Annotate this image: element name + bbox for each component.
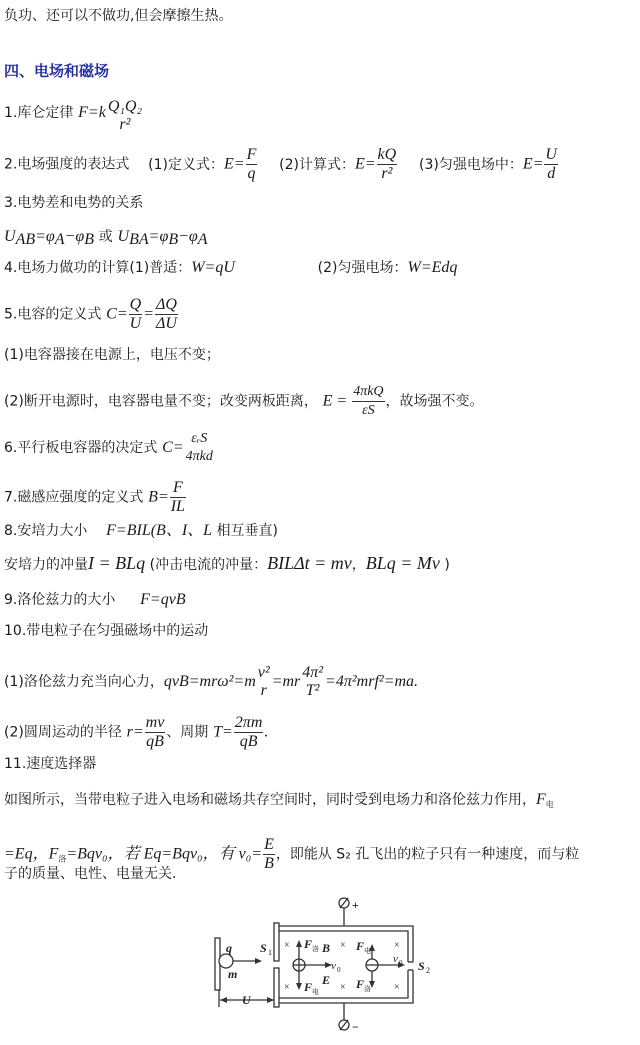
numerator: F (170, 479, 186, 497)
symbol: −φ (65, 228, 85, 245)
force-label: F (303, 980, 312, 994)
numerator: mv (145, 714, 166, 732)
numerator: 4πkQ (352, 383, 384, 401)
part-label: (3)匀强电场中： (419, 157, 523, 173)
numerator: 4π² (301, 664, 324, 682)
numerator: ΔQ (155, 296, 178, 314)
plus-label: + (352, 898, 359, 912)
formula: =Eq， (4, 846, 49, 863)
item-label: (1)洛伦兹力充当向心力， (4, 674, 164, 690)
numerator: E (263, 836, 275, 854)
formula: W=Edq (408, 259, 458, 276)
force-label: F (303, 937, 312, 951)
formula-lhs: C= (106, 306, 127, 323)
item-label: 8.安培力大小 (4, 523, 87, 539)
item-capacitor-disconnected: (2)断开电源时，电容器电量不变；改变两板距离， E = 4πkQεS，故场强不… (4, 383, 484, 420)
particle-icon (219, 954, 233, 968)
formula-vars: B、I、L (156, 522, 212, 539)
formula-lhs: T= (213, 724, 233, 741)
field-cross-icon: × (284, 982, 290, 993)
item-ampere-impulse: 安培力的冲量I = BLq (冲击电流的冲量：BILΔt = mv，BLq = … (4, 553, 450, 575)
item-capacitance-def: 5.电容的定义式 C=QU=ΔQΔU (4, 296, 179, 333)
conjunction: 或 (99, 229, 113, 245)
paragraph-line-3: 子的质量、电性、电量无关. (4, 864, 176, 884)
fraction: 4π²T² (301, 664, 324, 700)
subscript: A (55, 231, 65, 248)
s1-upper-plate (274, 923, 279, 961)
item-label: (2)圆周运动的半径 (4, 725, 122, 741)
denominator: d (544, 164, 558, 183)
subscript: B (84, 231, 94, 248)
numerator: Q (129, 296, 143, 314)
minus-label: − (352, 1020, 359, 1034)
force-subscript: 洛 (364, 984, 371, 993)
denominator: ΔU (155, 314, 178, 333)
formula: F=qvB (140, 591, 185, 608)
separator: ， (352, 557, 366, 573)
force-label: F (355, 939, 364, 953)
denominator: qB (234, 732, 264, 751)
fraction: Q₁Q₂r² (107, 98, 143, 134)
subscript: 电 (546, 800, 554, 809)
symbol: F (49, 846, 59, 863)
s1-lower-plate (274, 968, 279, 1007)
formula-lhs: B= (148, 489, 169, 506)
field-cross-icon: × (394, 982, 400, 993)
item-label: 2.电场强度的表达式 (4, 157, 129, 173)
symbol: U (118, 228, 130, 245)
symbol: =φ (35, 228, 55, 245)
symbol: −φ (178, 228, 198, 245)
fraction: EB (263, 836, 275, 873)
velocity-label: v (393, 953, 398, 965)
item-capacitor-connected: (1)电容器接在电源上，电压不变； (4, 345, 220, 365)
numerator: U (544, 146, 558, 164)
period: . (264, 724, 268, 741)
equals: = (143, 306, 154, 323)
voltage-label: U (242, 993, 252, 1007)
velocity-selector-diagram: + − q m U S 1 S 2 B E v 0 v 0 F 洛 F 电 F … (200, 890, 440, 1045)
denominator: εS (352, 401, 384, 420)
s1-label: S (260, 941, 267, 955)
formula: =4π²mrf²=ma. (325, 673, 418, 690)
item-parallel-plate: 6.平行板电容器的决定式 C=εᵣS4πkd (4, 430, 215, 466)
field-cross-icon: × (394, 940, 400, 951)
subscript: AB (16, 231, 36, 248)
fraction: 4πkQεS (352, 383, 384, 420)
formula-note: 相互垂直) (212, 523, 278, 539)
formula-lhs: F=k (78, 104, 106, 121)
numerator: v² (257, 664, 271, 682)
item-text: (2)断开电源时，电容器电量不变；改变两板距离， (4, 394, 318, 410)
denominator: U (129, 314, 143, 333)
denominator: r² (377, 164, 398, 183)
item-ampere-force: 8.安培力大小 F=BIL(B、I、L 相互垂直) (4, 520, 278, 541)
velocity-subscript: 0 (399, 959, 403, 967)
denominator: IL (170, 497, 186, 516)
item-text-tail: ，故场强不变。 (386, 394, 484, 410)
fraction: ΔQΔU (155, 296, 178, 333)
mass-label: m (228, 967, 237, 981)
formula: BILΔt = mv (267, 553, 352, 573)
formula-note: ) (440, 557, 450, 573)
section-title: 四、电场和磁场 (4, 61, 109, 81)
item-label: 4.电场力做功的计算(1)普适： (4, 260, 191, 276)
numerator: 2πm (234, 714, 264, 732)
item-lorentz-force: 9.洛伦兹力的大小 F=qvB (4, 589, 186, 610)
item-label: 6.平行板电容器的决定式 (4, 440, 157, 456)
item-label: 1.库仑定律 (4, 105, 73, 121)
formula-lhs: E= (355, 156, 376, 173)
velocity-label: v (331, 960, 336, 972)
item-label: 7.磁感应强度的定义式 (4, 490, 143, 506)
s2-label: S (418, 959, 425, 973)
item-label: 5.电容的定义式 (4, 307, 101, 323)
part-label: (2)计算式： (279, 157, 355, 173)
denominator: r² (107, 116, 143, 134)
force-label: F (355, 977, 364, 991)
fraction: εᵣS4πkd (185, 430, 214, 466)
part-label: (1)定义式： (148, 157, 224, 173)
symbol: U (4, 228, 16, 245)
subscript: A (198, 231, 208, 248)
item-label: 9.洛伦兹力的大小 (4, 592, 115, 608)
field-b-label: B (321, 941, 330, 955)
subscript: BA (129, 231, 149, 248)
fraction: kQr² (377, 146, 398, 183)
paragraph-text: ，即能从 S₂ 孔飞出的粒子只有一种速度，而与粒 (276, 847, 579, 863)
force-subscript: 电 (312, 987, 319, 996)
formula: =Bqv₀，若 Eq=Bqv₀，有 v₀= (66, 846, 262, 863)
numerator: εᵣS (185, 430, 214, 448)
fraction: 2πmqB (234, 714, 264, 751)
force-subscript: 电 (364, 946, 371, 955)
formula-potential-difference: UAB=φA−φB 或 UBA=φB−φA (4, 226, 208, 250)
velocity-subscript: 0 (337, 966, 341, 974)
fraction: mvqB (145, 714, 166, 751)
paragraph-text: 如图所示，当带电粒子进入电场和磁场共存空间时，同时受到电场力和洛伦兹力作用， (4, 792, 536, 808)
charge-label: q (226, 941, 232, 955)
separator: 、周期 (166, 725, 208, 741)
fraction: QU (129, 296, 143, 333)
denominator: T² (301, 682, 324, 700)
part-label: (2)匀强电场： (318, 260, 408, 276)
force-subscript: 洛 (312, 944, 319, 953)
field-cross-icon: × (284, 940, 290, 951)
numerator: kQ (377, 146, 398, 164)
intro-text: 负功、还可以不做功,但会摩擦生热。 (4, 6, 232, 26)
numerator: F (246, 146, 258, 164)
formula: BLq = Mv (366, 553, 440, 573)
field-e-label: E (321, 973, 330, 987)
item-centripetal: (1)洛伦兹力充当向心力，qvB=mrω²=mv²r=mr4π²T²=4π²mr… (4, 664, 418, 700)
subscript: B (168, 231, 178, 248)
numerator: Q₁Q₂ (107, 98, 143, 116)
fraction: Fq (246, 146, 258, 183)
denominator: q (246, 164, 258, 183)
field-cross-icon: × (340, 940, 346, 951)
formula-note: (冲击电流的冲量： (145, 557, 267, 573)
field-cross-icon: × (340, 982, 346, 993)
s1-subscript: 1 (268, 948, 272, 957)
denominator: r (257, 682, 271, 700)
item-magnetic-induction: 7.磁感应强度的定义式 B=FIL (4, 479, 187, 516)
formula: W=qU (191, 259, 235, 276)
symbol: F (536, 791, 546, 808)
formula: qvB=mrω²=m (164, 673, 256, 690)
item-field-strength: 2.电场强度的表达式 (1)定义式：E=Fq (2)计算式：E=kQr² (3)… (4, 146, 559, 183)
formula-lhs: E = (323, 393, 352, 410)
formula: I = BLq (88, 553, 145, 573)
item-potential-relation: 3.电势差和电势的关系 (4, 193, 143, 213)
fraction: v²r (257, 664, 271, 700)
item-particle-motion: 10.带电粒子在匀强磁场中的运动 (4, 621, 208, 641)
item-coulomb-law: 1.库仑定律 F=kQ₁Q₂r² (4, 98, 144, 134)
s2-subscript: 2 (426, 966, 430, 975)
formula-lhs: r= (127, 724, 144, 741)
item-work-by-field: 4.电场力做功的计算(1)普适：W=qU (2)匀强电场：W=Edq (4, 257, 457, 278)
denominator: qB (145, 732, 166, 751)
paragraph-line-1: 如图所示，当带电粒子进入电场和磁场共存空间时，同时受到电场力和洛伦兹力作用，F电 (4, 789, 554, 815)
symbol: =φ (149, 228, 169, 245)
item-velocity-selector: 11.速度选择器 (4, 754, 96, 774)
fraction: Ud (544, 146, 558, 183)
item-label: 安培力的冲量 (4, 557, 88, 573)
formula-lhs: C= (162, 439, 183, 456)
formula-lhs: E= (523, 156, 544, 173)
formula-lhs: E= (224, 156, 245, 173)
fraction: FIL (170, 479, 186, 516)
item-radius-period: (2)圆周运动的半径 r=mvqB、周期 T=2πmqB. (4, 714, 268, 751)
denominator: B (263, 854, 275, 873)
formula: =mr (272, 673, 301, 690)
denominator: 4πkd (185, 448, 214, 466)
formula: F=BIL( (106, 522, 156, 539)
